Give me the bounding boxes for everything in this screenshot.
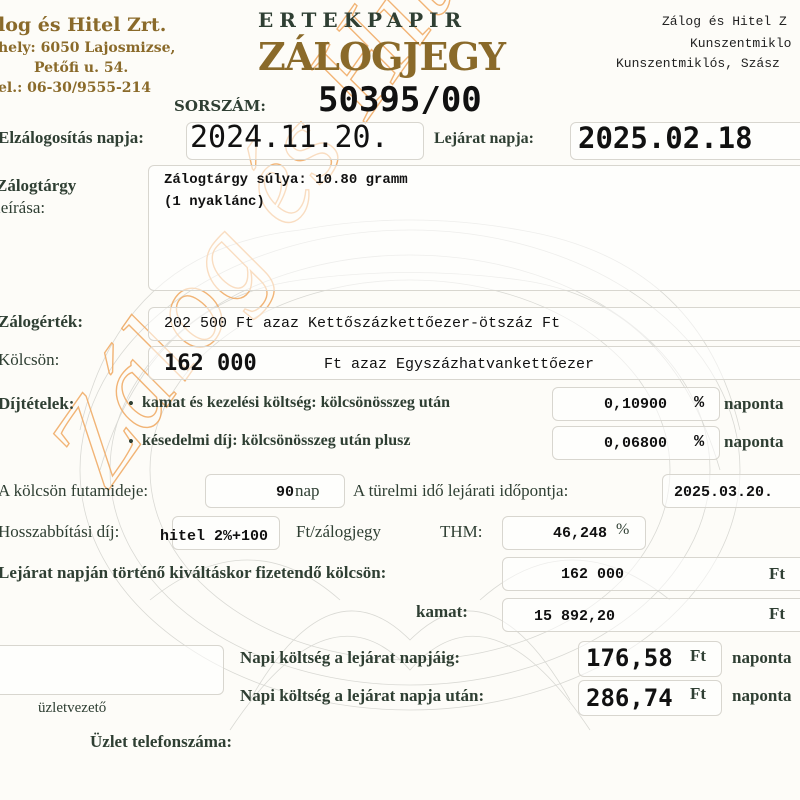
daily-cost-until-unit: Ft (690, 646, 706, 666)
term-value: 90 (276, 484, 294, 501)
item-label-line2: leírása: (0, 198, 45, 218)
fee-late-value: 0,06800 (604, 435, 667, 452)
fee-late-label: késedelmi díj: kölcsönösszeg után plusz (142, 432, 410, 450)
thm-label: THM: (440, 522, 483, 542)
serial-label: SORSZÁM: (174, 97, 266, 115)
item-description-line1: Zálogtárgy súlya: 10.80 gramm (164, 172, 408, 188)
branch-line1: Zálog és Hitel Z (662, 14, 787, 29)
fee-late-suffix: naponta (724, 432, 784, 452)
extension-fee-unit: Ft/zálogjegy (296, 522, 381, 542)
redemption-interest-label: kamat: (416, 602, 468, 622)
term-box (205, 474, 345, 508)
loan-amount: 162 000 (164, 351, 257, 376)
term-label: A kölcsön futamideje: (0, 481, 148, 501)
title-kicker: ERTEKPAPIR (258, 8, 467, 32)
fee-interest-value: 0,10900 (604, 396, 667, 413)
daily-cost-after-suffix: naponta (732, 686, 792, 706)
extension-fee-label: Hosszabbítási díj: (0, 522, 119, 542)
daily-cost-after-label: Napi költség a lejárat napja után: (240, 686, 484, 706)
loan-amount-words: Ft azaz Egyszázhatvankettőezer (324, 356, 594, 373)
thm-value: 46,248 (553, 525, 607, 542)
pledge-date-value: 2024.11.20. (190, 120, 389, 155)
daily-cost-after-unit: Ft (690, 684, 706, 704)
redemption-loan-box (502, 557, 800, 591)
redemption-loan-value: 162 000 (561, 566, 624, 583)
issuer-name: log és Hitel Zrt. (0, 14, 166, 36)
redemption-interest-unit: Ft (769, 604, 785, 624)
redemption-loan-label: Lejárat napján történő kiváltáskor fizet… (0, 563, 386, 583)
title-main: ZÁLOGJEGY (258, 34, 505, 79)
daily-cost-until-suffix: naponta (732, 648, 792, 668)
item-description-line2: (1 nyaklánc) (164, 194, 265, 210)
daily-cost-until-value: 176,58 (586, 644, 673, 672)
grace-date-value: 2025.03.20. (674, 484, 773, 501)
redemption-loan-unit: Ft (769, 564, 785, 584)
redemption-interest-value: 15 892,20 (534, 608, 615, 625)
fee-interest-unit: % (694, 394, 704, 413)
thm-unit: % (616, 521, 629, 539)
term-unit: nap (295, 481, 320, 501)
expiry-date-value: 2025.02.18 (578, 121, 753, 155)
pledge-value-label: Zálogérték: (0, 312, 83, 332)
shop-phone-label: Üzlet telefonszáma: (90, 732, 232, 752)
pledge-date-label: Elzálogosítás napja: (0, 128, 144, 148)
serial-number: 50395/00 (318, 80, 482, 120)
fees-label: Díjtételek: (0, 394, 74, 414)
fee-bullet: • (128, 394, 134, 414)
fee-interest-label: kamat és kezelési költség: kölcsönösszeg… (142, 394, 450, 412)
issuer-phone: el.: 06-30/9555-214 (0, 80, 151, 96)
manager-label: üzletvezető (38, 700, 106, 717)
grace-date-label: A türelmi idő lejárati időpontja: (353, 481, 568, 501)
branch-line3: Kunszentmiklós, Szász (616, 56, 780, 71)
fee-bullet: • (128, 432, 134, 452)
expiry-date-label: Lejárat napja: (434, 130, 534, 148)
fee-late-unit: % (694, 433, 704, 452)
pledge-value-text: 202 500 Ft azaz Kettőszázkettőezer-ötszá… (164, 315, 560, 332)
issuer-address-line2: Petőfi u. 54. (34, 60, 128, 76)
branch-line2: Kunszentmiklo (690, 36, 791, 51)
fee-interest-suffix: naponta (724, 394, 784, 414)
extension-fee-value: hitel 2%+100 (160, 528, 268, 545)
daily-cost-after-value: 286,74 (586, 684, 673, 712)
signature-box (0, 645, 224, 695)
daily-cost-until-label: Napi költség a lejárat napjáig: (240, 648, 460, 668)
item-label-line1: Zálogtárgy (0, 176, 76, 196)
loan-label: Kölcsön: (0, 350, 59, 370)
issuer-address-line1: hely: 6050 Lajosmizse, (0, 40, 175, 56)
